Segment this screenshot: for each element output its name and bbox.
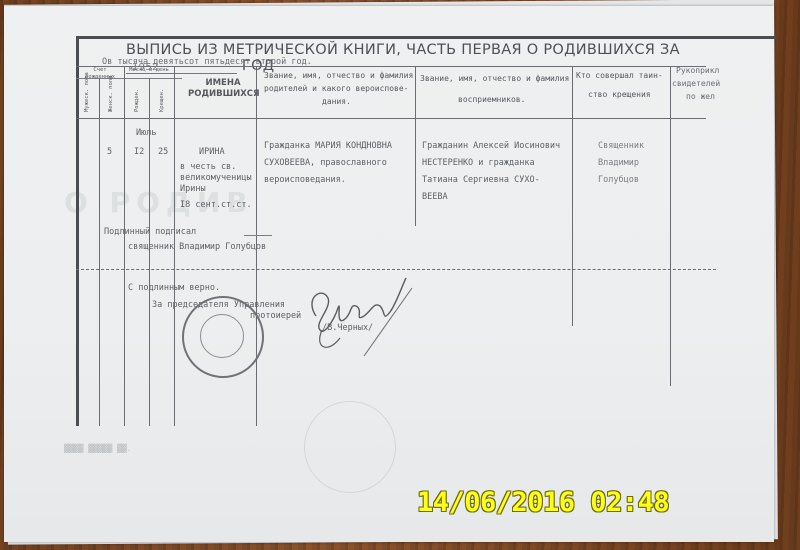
header-officiant-line: ство крещения <box>576 88 663 101</box>
header-male: Мужеск. пола <box>84 82 90 112</box>
godparents-line: Татиана Сергиевна СУХО- <box>422 172 560 189</box>
godparents-line: Гражданин Алексей Иосинович <box>422 138 560 155</box>
col-line <box>670 66 671 386</box>
header-signatures-line: по жел <box>672 90 720 103</box>
col-line <box>572 66 573 326</box>
header-names: ИМЕНА РОДИВШИХСЯ <box>188 78 258 100</box>
bleed-through-stamp <box>304 401 396 493</box>
record-birth-day: I2 <box>134 145 144 160</box>
header-female: Женск. пола <box>108 82 114 112</box>
title-text: ВЫПИСЬ ИЗ МЕТРИЧЕСКОЙ КНИГИ, ЧАСТЬ ПЕРВА… <box>126 42 680 58</box>
col-line <box>124 66 125 426</box>
header-parents-line: Звание, имя, отчество и фамилия <box>264 69 413 82</box>
header-parents: Звание, имя, отчество и фамилия родителе… <box>264 69 413 108</box>
header-signatures-line: Рукоприкл <box>672 64 720 77</box>
name-note-line: в честь св. <box>180 162 252 173</box>
officiant-line: Голубцов <box>598 172 644 189</box>
godparents-line: ВЕЕВА <box>422 189 560 206</box>
header-baptism-day: Крещен. <box>159 82 165 112</box>
official-seal-stamp <box>182 296 264 378</box>
record-parents: Гражданка МАРИЯ КОНДНОВНА СУХОВЕЕВА, пра… <box>264 138 392 189</box>
header-godparents-line: восприемников. <box>420 93 569 106</box>
record-month: Июль <box>136 126 156 141</box>
header-signatures-line: свидетелей <box>672 77 720 90</box>
officiant-line: Священник <box>598 138 644 155</box>
original-signed-by: священник Владимир Голубцов <box>128 240 266 255</box>
original-signed-label: Подлинный подписал <box>104 225 196 240</box>
record-name-note: в честь св. великомученицы Ирины <box>180 162 252 195</box>
handwritten-signature <box>294 268 414 358</box>
godparents-line: НЕСТЕРЕНКО и гражданка <box>422 155 560 172</box>
record-number: 5 <box>107 145 112 160</box>
header-month-day: Месяц и день <box>126 67 172 74</box>
header-signatures: Рукоприкл свидетелей по жел <box>672 64 720 103</box>
header-officiant-line: Кто совершал таин- <box>576 69 663 82</box>
officiant-line: Владимир <box>598 155 644 172</box>
camera-date-timestamp: 14/06/2016 02:48 <box>417 487 669 518</box>
header-parents-line: дания. <box>264 95 413 108</box>
name-note-line: великомученицы <box>180 173 252 184</box>
col-line <box>415 66 416 226</box>
header-officiant: Кто совершал таин- ство крещения <box>576 69 663 101</box>
signature-blank <box>244 235 272 236</box>
parents-line: вероисповедания. <box>264 172 392 189</box>
col-line <box>99 78 100 426</box>
table-top-border <box>76 36 776 39</box>
certified-true-copy: С подлинным верно. <box>128 281 220 296</box>
header-godparents: Звание, имя, отчество и фамилия восприем… <box>420 72 569 106</box>
record-child-name: ИРИНА <box>199 145 225 160</box>
bleed-through-line: ▓▓▓▓ ▓▓▓▓▓ ▓▓. <box>64 444 131 453</box>
record-godparents: Гражданин Алексей Иосинович НЕСТЕРЕНКО и… <box>422 138 560 206</box>
header-bottom-line <box>76 118 706 119</box>
parents-line: СУХОВЕЕВА, православного <box>264 155 392 172</box>
header-birth-day: Рожден. <box>134 82 140 112</box>
name-note-line: Ирины <box>180 184 252 195</box>
record-name-day: I8 сент.ст.ст. <box>180 198 252 213</box>
header-parents-line: родителей и какого вероиспове- <box>264 82 413 95</box>
record-baptism-day: 25 <box>158 145 168 160</box>
birth-record-extract-sheet: О РОДИВ ▓▓▓▓ ▓▓▓▓▓ ▓▓. ВЫПИСЬ ИЗ МЕТРИЧЕ… <box>4 6 774 542</box>
parents-line: Гражданка МАРИЯ КОНДНОВНА <box>264 138 392 155</box>
header-godparents-line: Звание, имя, отчество и фамилия <box>420 72 569 85</box>
table-left-border <box>76 36 79 426</box>
record-officiant: Священник Владимир Голубцов <box>598 138 644 189</box>
